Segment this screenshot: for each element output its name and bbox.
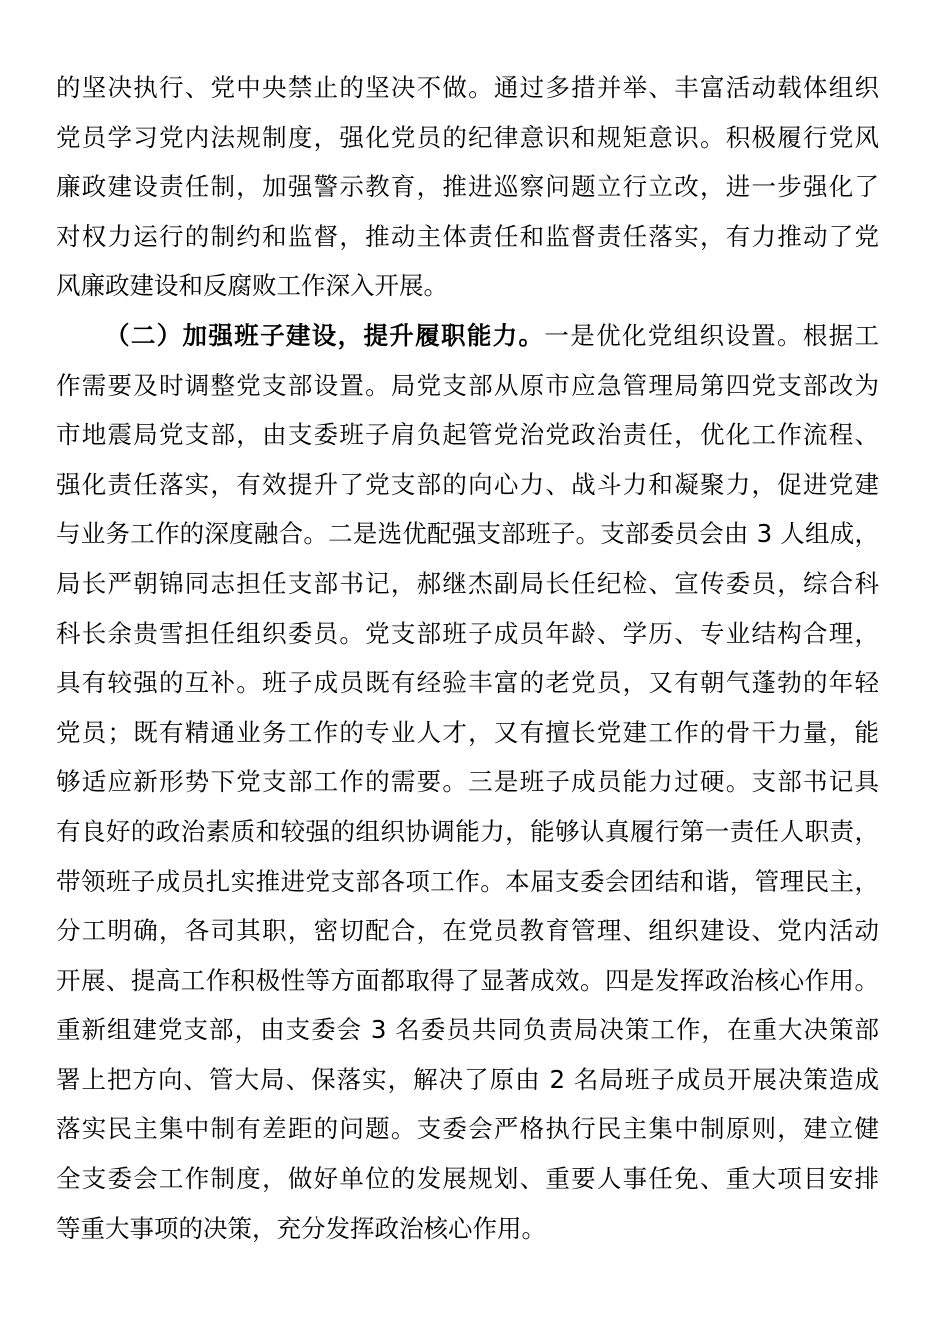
text-line: 开展、提高工作积极性等方面都取得了显著成效。四是发挥政治核心作用。	[56, 956, 879, 1006]
text-line: 风廉政建设和反腐败工作深入开展。	[56, 261, 879, 311]
text-line: 够适应新形势下党支部工作的需要。三是班子成员能力过硬。支部书记具	[56, 757, 879, 807]
text-line: 重新组建党支部，由支委会 3 名委员共同负责局决策工作，在重大决策部	[56, 1005, 879, 1055]
document-page: 的坚决执行、党中央禁止的坚决不做。通过多措并举、丰富活动载体组织党员学习党内法规…	[0, 0, 950, 1344]
text-line: 对权力运行的制约和监督，推动主体责任和监督责任落实，有力推动了党	[56, 212, 879, 262]
text-line: 党员；既有精通业务工作的专业人才，又有擅长党建工作的骨干力量，能	[56, 708, 879, 758]
text-line: 的坚决执行、党中央禁止的坚决不做。通过多措并举、丰富活动载体组织	[56, 63, 879, 113]
text-line: 党员学习党内法规制度，强化党员的纪律意识和规矩意识。积极履行党风	[56, 113, 879, 163]
text-line: 局长严朝锦同志担任支部书记，郝继杰副局长任纪检、宣传委员，综合科	[56, 559, 879, 609]
paragraph-section-two: （二）加强班子建设，提升履职能力。一是优化党组织设置。根据工作需要及时调整党支部…	[56, 311, 879, 1253]
text-line: 市地震局党支部，由支委班子肩负起管党治党政治责任，优化工作流程、	[56, 410, 879, 460]
text-line: 落实民主集中制有差距的问题。支委会严格执行民主集中制原则，建立健	[56, 1104, 879, 1154]
text-line: （二）加强班子建设，提升履职能力。一是优化党组织设置。根据工	[56, 311, 879, 361]
text-line: 分工明确，各司其职，密切配合，在党员教育管理、组织建设、党内活动	[56, 906, 879, 956]
text-line: 等重大事项的决策，充分发挥政治核心作用。	[56, 1204, 879, 1254]
text-line: 具有较强的互补。班子成员既有经验丰富的老党员，又有朝气蓬勃的年轻	[56, 658, 879, 708]
section-heading: （二）加强班子建设，提升履职能力。	[105, 321, 544, 350]
line-text: 一是优化党组织设置。根据工	[544, 321, 879, 350]
paragraph-continuation: 的坚决执行、党中央禁止的坚决不做。通过多措并举、丰富活动载体组织党员学习党内法规…	[56, 63, 879, 311]
text-line: 带领班子成员扎实推进党支部各项工作。本届支委会团结和谐，管理民主，	[56, 857, 879, 907]
text-line: 全支委会工作制度，做好单位的发展规划、重要人事任免、重大项目安排	[56, 1154, 879, 1204]
text-line: 有良好的政治素质和较强的组织协调能力，能够认真履行第一责任人职责，	[56, 807, 879, 857]
text-line: 作需要及时调整党支部设置。局党支部从原市应急管理局第四党支部改为	[56, 361, 879, 411]
text-line: 强化责任落实，有效提升了党支部的向心力、战斗力和凝聚力，促进党建	[56, 460, 879, 510]
text-line: 廉政建设责任制，加强警示教育，推进巡察问题立行立改，进一步强化了	[56, 162, 879, 212]
text-line: 科长余贵雪担任组织委员。党支部班子成员年龄、学历、专业结构合理，	[56, 609, 879, 659]
text-line: 与业务工作的深度融合。二是选优配强支部班子。支部委员会由 3 人组成，	[56, 509, 879, 559]
text-line: 署上把方向、管大局、保落实，解决了原由 2 名局班子成员开展决策造成	[56, 1055, 879, 1105]
